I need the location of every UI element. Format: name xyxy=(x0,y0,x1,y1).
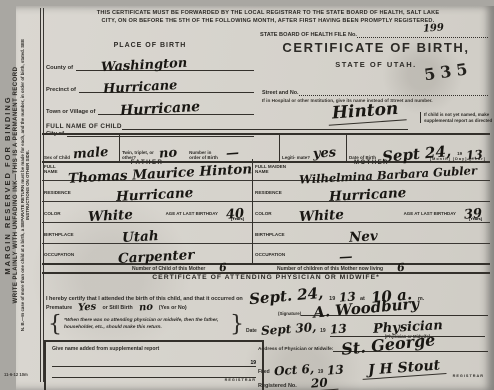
mother-color-label: COLOR xyxy=(253,211,299,222)
twin-order-cell: Twin, triplet, or other? no Number in or… xyxy=(120,135,280,161)
mother-name-label: FULL MAIDEN NAME xyxy=(253,164,299,180)
file-number-line: 199 xyxy=(357,29,488,38)
father-color-age-row: COLOR White AGE AT LAST BIRTHDAY 40 [Yea… xyxy=(42,202,252,223)
father-color-label: COLOR xyxy=(42,211,88,222)
precinct-value: Hurricane xyxy=(103,78,178,97)
full-name-label: FULL NAME OF CHILD xyxy=(46,123,122,130)
precinct-row: Precinct of Hurricane xyxy=(46,80,254,93)
supplemental-registrar-label: REGISTRAR xyxy=(52,378,256,382)
registered-value: 20 xyxy=(300,375,338,390)
county-line: Washington xyxy=(76,57,254,71)
children-counts-row: Number of Child of this Mother 6 Number … xyxy=(42,259,490,274)
now-living-value: 6 xyxy=(397,261,406,275)
date-of-birth-cell: Date of Birth Sept 24, 19 13 [Month] [Da… xyxy=(347,135,490,161)
father-name-row: FATHER FULL NAME Thomas Maurice Hinton xyxy=(42,159,252,181)
registrar-label: REGISTRAR xyxy=(453,374,484,378)
town-line: Hurricane xyxy=(98,101,254,115)
title-block: CERTIFICATE OF BIRTH, STATE OF UTAH. 535 xyxy=(262,40,490,69)
place-of-birth-heading: PLACE OF BIRTH xyxy=(46,42,254,49)
child-of-mother-label: Number of Child of this Mother xyxy=(132,266,205,272)
child-of-mother-value: 6 xyxy=(219,261,228,275)
mother-name-row: MOTHER FULL MAIDEN NAME Wilhelmina Barba… xyxy=(253,159,490,181)
form-code: 11-6-12 10m xyxy=(4,372,28,377)
stillbirth-label: or Still Birth xyxy=(102,305,132,311)
unnamed-child-note: If child is not yet named, make suppleme… xyxy=(420,112,494,123)
signature-label: (Signature) xyxy=(278,311,301,316)
full-name-line xyxy=(122,121,408,130)
registered-label: Registered No. xyxy=(258,383,297,389)
father-name-label: FULL NAME xyxy=(42,164,68,180)
premature-row: Premature Yes or Still Birth no (Yes or … xyxy=(46,300,187,311)
now-living-label: Number of children of this Mother now li… xyxy=(277,266,383,272)
mother-birthplace-row: BIRTHPLACE Nev xyxy=(253,223,490,244)
binding-margin: MARGIN RESERVED FOR BINDING WRITE PLAINL… xyxy=(3,25,31,345)
legitimate-cell: Legiti- mate? yes xyxy=(280,135,347,161)
physician-date-label: Date xyxy=(246,328,257,334)
signature-line: A. Woodbury xyxy=(301,301,488,316)
no-attendant-note-block: { *When there was no attending physician… xyxy=(48,312,244,337)
precinct-label: Precinct of xyxy=(46,87,79,93)
mother-residence-label: RESIDENCE xyxy=(253,190,299,201)
father-column: FATHER FULL NAME Thomas Maurice Hinton R… xyxy=(42,159,253,263)
file-number-row: STATE BOARD OF HEALTH FILE No. 199 xyxy=(260,29,488,38)
margin-write-plainly-text: WRITE PLAINLY WITH UNFADING INK—THIS IS … xyxy=(13,25,19,345)
father-birthplace-label: BIRTHPLACE xyxy=(42,232,88,243)
street-line xyxy=(299,88,488,96)
father-birthplace-row: BIRTHPLACE Utah xyxy=(42,223,252,244)
certificate-title: CERTIFICATE OF BIRTH, xyxy=(262,40,490,55)
file-number-label: STATE BOARD OF HEALTH FILE No. xyxy=(260,32,357,38)
physician-date-year-printed: 19 xyxy=(320,328,326,334)
county-label: County of xyxy=(46,65,76,71)
county-value: Washington xyxy=(101,56,188,75)
town-label: Town or Village of xyxy=(46,109,98,115)
supplemental-report-box: Give name added from supplemental report… xyxy=(44,340,264,390)
brace-close: } xyxy=(230,312,244,337)
father-residence-label: RESIDENCE xyxy=(42,190,88,201)
premature-label: Premature xyxy=(46,305,72,311)
supplemental-year-line: 19 xyxy=(52,360,256,367)
father-age-label: AGE AT LAST BIRTHDAY xyxy=(166,212,218,222)
parents-section: FATHER FULL NAME Thomas Maurice Hinton R… xyxy=(42,159,490,265)
town-value: Hurricane xyxy=(120,99,201,119)
address-row: Address of Physician or Midwife: St. Geo… xyxy=(258,341,488,352)
mother-age-label: AGE AT LAST BIRTHDAY xyxy=(404,212,456,222)
margin-nb-note: N. B.—In case of more than one child at … xyxy=(20,25,31,345)
filed-row: Filed Oct 6, 19 13 J H Stout xyxy=(258,358,488,375)
brace-open: { xyxy=(48,312,62,337)
father-residence-row: RESIDENCE Hurricane xyxy=(42,181,252,202)
county-row: County of Washington xyxy=(46,58,254,71)
mother-residence-row: RESIDENCE Hurricane xyxy=(253,181,490,202)
certificate-scan: MARGIN RESERVED FOR BINDING WRITE PLAINL… xyxy=(0,0,494,390)
instruction-line-1: THIS CERTIFICATE MUST BE FORWARDED BY TH… xyxy=(48,10,488,18)
physician-certificate-heading: CERTIFICATE OF ATTENDING PHYSICIAN OR MI… xyxy=(42,274,490,281)
address-label: Address of Physician or Midwife: xyxy=(258,347,333,352)
town-row: Town or Village of Hurricane xyxy=(46,102,254,115)
signature-row: (Signature) A. Woodbury xyxy=(278,301,488,316)
full-name-of-child-row: FULL NAME OF CHILD xyxy=(46,121,408,130)
yes-or-no-label: (Yes or No) xyxy=(159,305,187,311)
precinct-line: Hurricane xyxy=(79,79,254,93)
file-number-value: 199 xyxy=(423,22,445,34)
mother-color-age-row: COLOR White AGE AT LAST BIRTHDAY 39 [Yea… xyxy=(253,202,490,223)
supplemental-label: Give name added from supplemental report xyxy=(52,346,256,352)
sex-cell: Sex of Child male xyxy=(42,135,120,161)
street-row: Street and No. xyxy=(262,88,488,96)
margin-binding-text: MARGIN RESERVED FOR BINDING xyxy=(3,25,12,345)
mother-birthplace-label: BIRTHPLACE xyxy=(253,232,299,243)
street-label: Street and No. xyxy=(262,90,299,96)
address-line: St. George xyxy=(333,341,488,352)
mother-years-label: [Years] xyxy=(469,216,482,221)
no-attendant-note: *When there was no attending physician o… xyxy=(62,318,230,330)
registered-number-row: Registered No. 20 xyxy=(258,374,342,389)
father-years-label: [Years] xyxy=(231,216,244,221)
mother-column: MOTHER FULL MAIDEN NAME Wilhelmina Barba… xyxy=(253,159,490,263)
